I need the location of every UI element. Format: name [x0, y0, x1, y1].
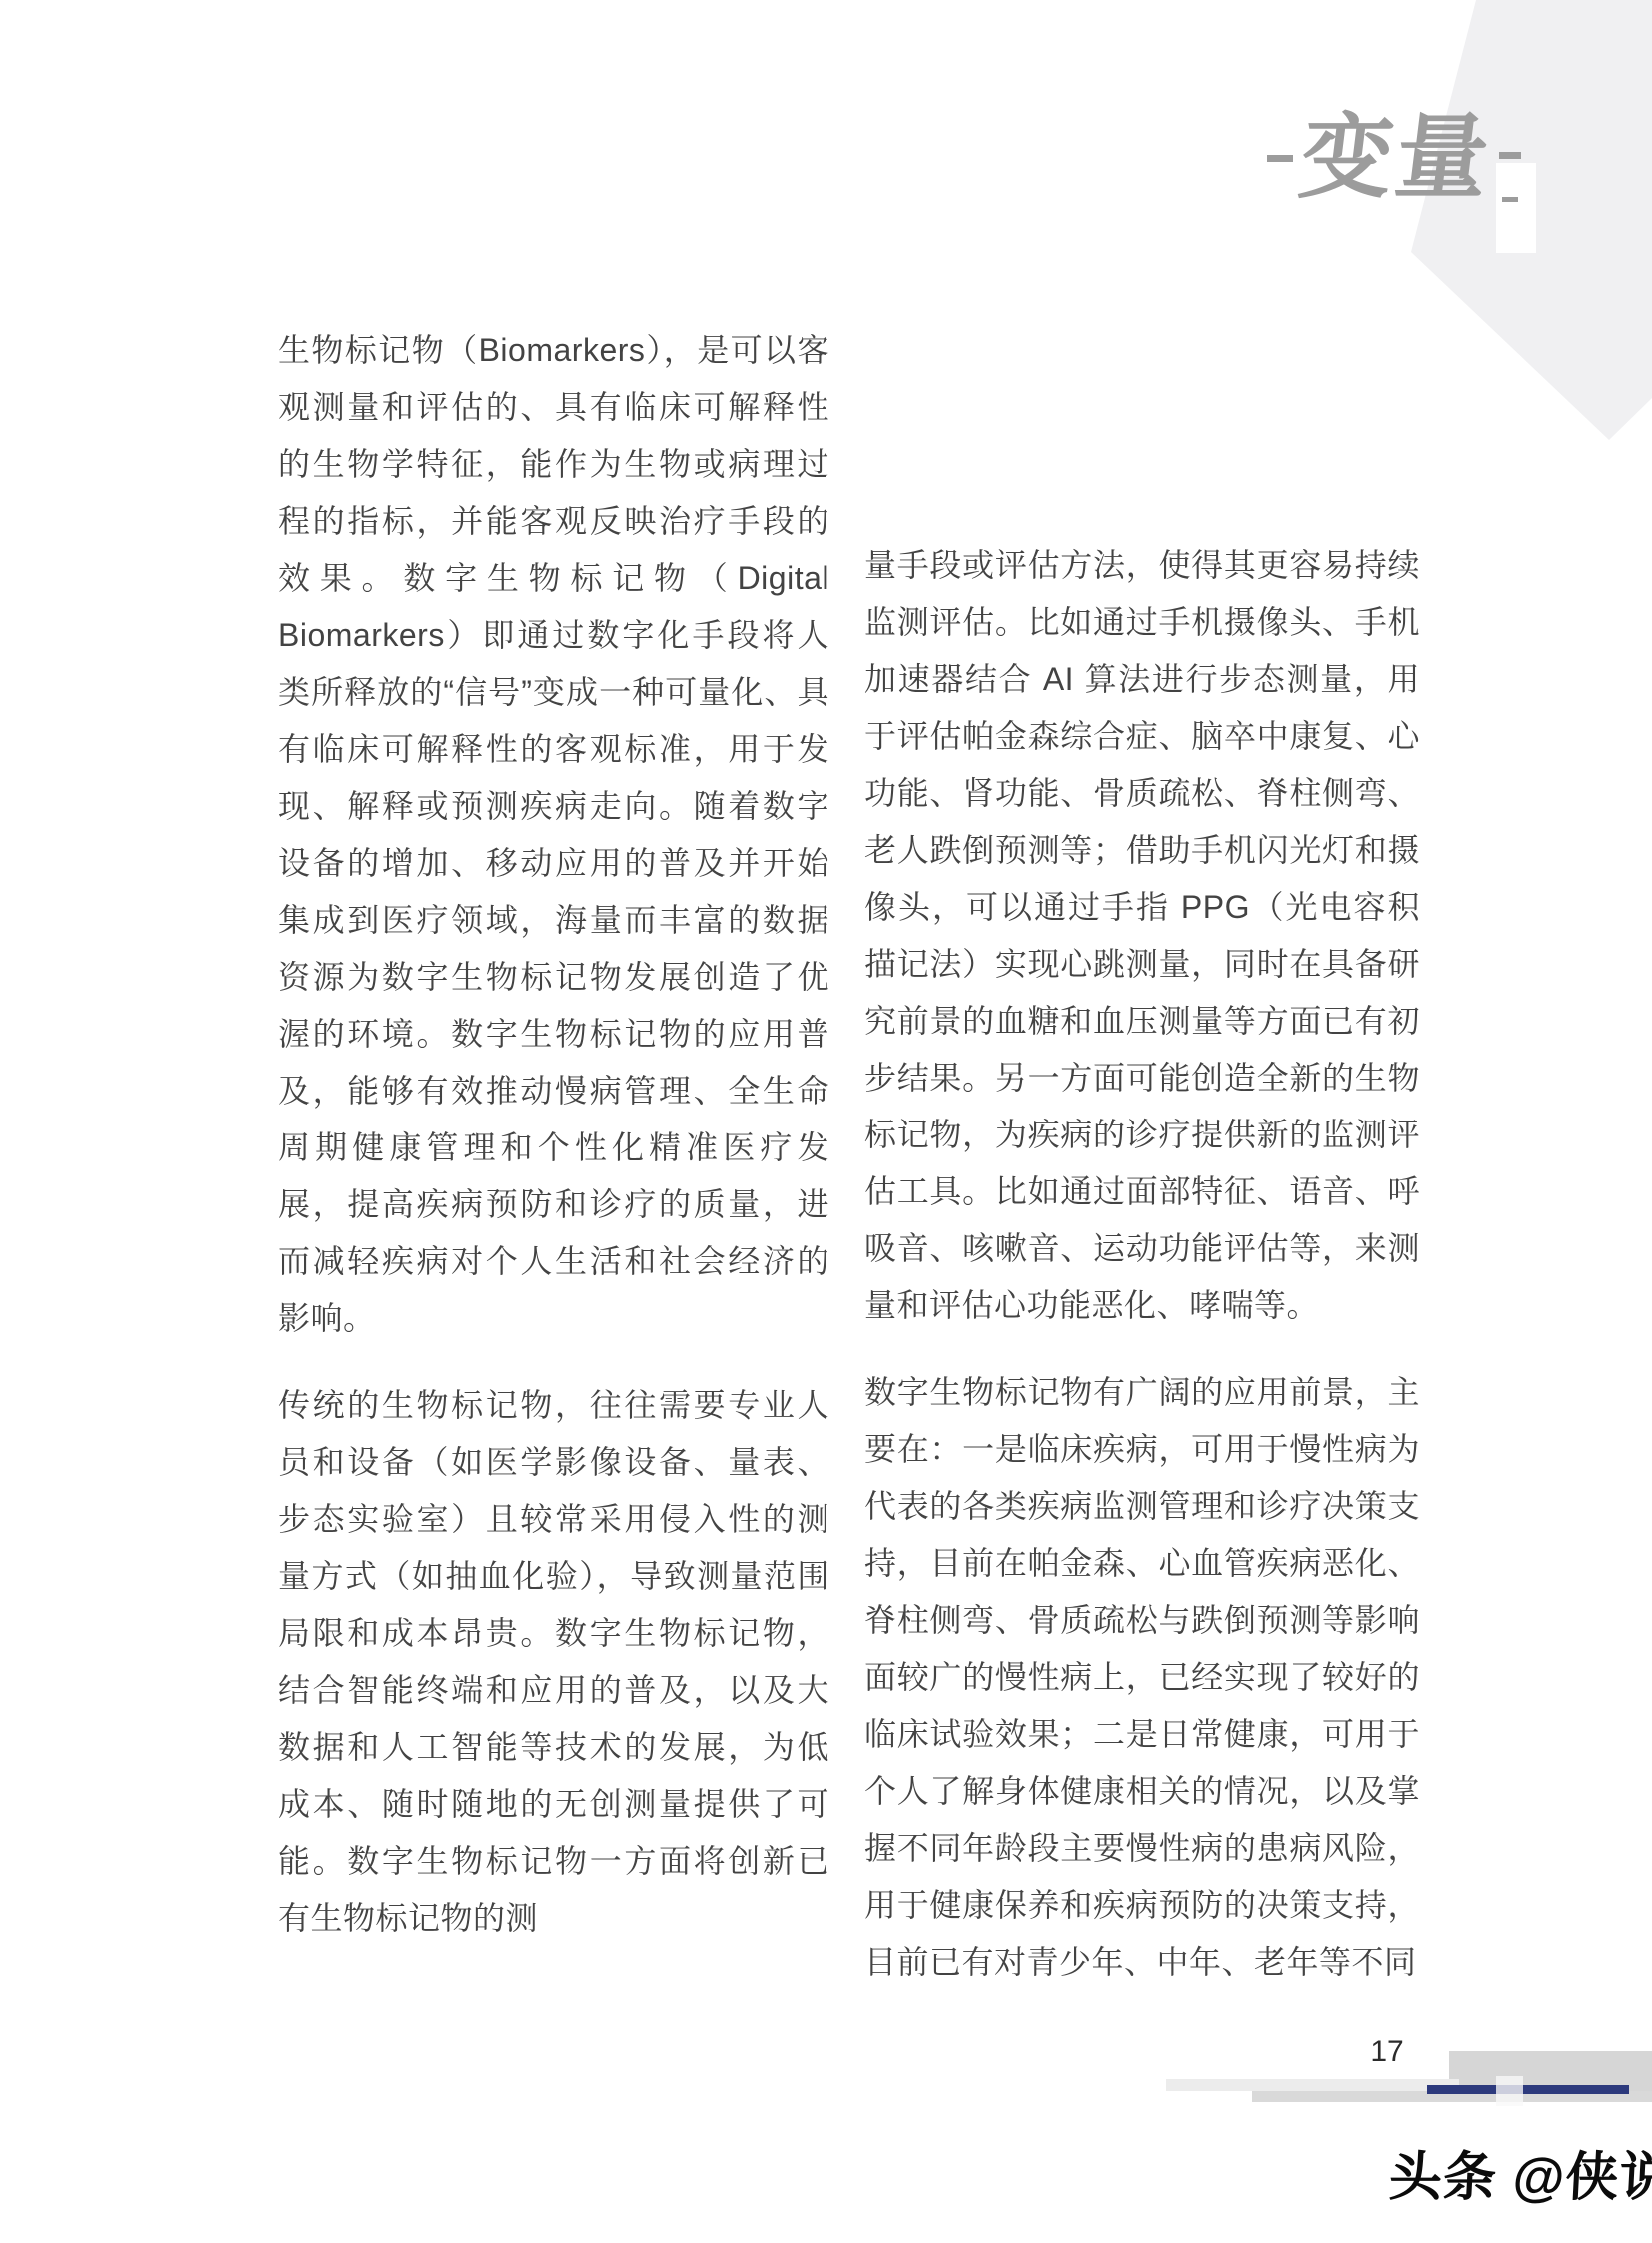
- footer-navy-accent-bar: [1427, 2085, 1629, 2094]
- masthead-logo: 变量: [1295, 112, 1496, 204]
- logo-glitch-dash: [1267, 155, 1293, 162]
- paragraph: 传统的生物标记物，往往需要专业人员和设备（如医学影像设备、量表、步态实验室）且较…: [278, 1377, 829, 1947]
- logo-glitch-dash: [1499, 152, 1521, 159]
- logo-glitch-dash: [1502, 197, 1518, 202]
- report-page: 变量 生物标记物（Biomarkers），是可以客观测量和评估的、具有临床可解释…: [0, 0, 1652, 2243]
- text-column-left: 生物标记物（Biomarkers），是可以客观测量和评估的、具有临床可解释性的生…: [278, 322, 829, 1977]
- page-number: 17: [1359, 2035, 1415, 2069]
- paragraph: 生物标记物（Biomarkers），是可以客观测量和评估的、具有临床可解释性的生…: [278, 322, 829, 1347]
- paragraph: 量手段或评估方法，使得其更容易持续监测评估。比如通过手机摄像头、手机加速器结合 …: [864, 537, 1420, 1334]
- paragraph: 数字生物标记物有广阔的应用前景，主要在：一是临床疾病，可用于慢性病为代表的各类疾…: [864, 1364, 1420, 1991]
- watermark: 头条 @侠说: [1387, 2149, 1652, 2207]
- footer-light-bar: [1166, 2079, 1459, 2091]
- background-white-notch: [1496, 163, 1536, 253]
- footer-notch-overlay: [1496, 2076, 1523, 2106]
- text-column-right: 量手段或评估方法，使得其更容易持续监测评估。比如通过手机摄像头、手机加速器结合 …: [864, 537, 1420, 2021]
